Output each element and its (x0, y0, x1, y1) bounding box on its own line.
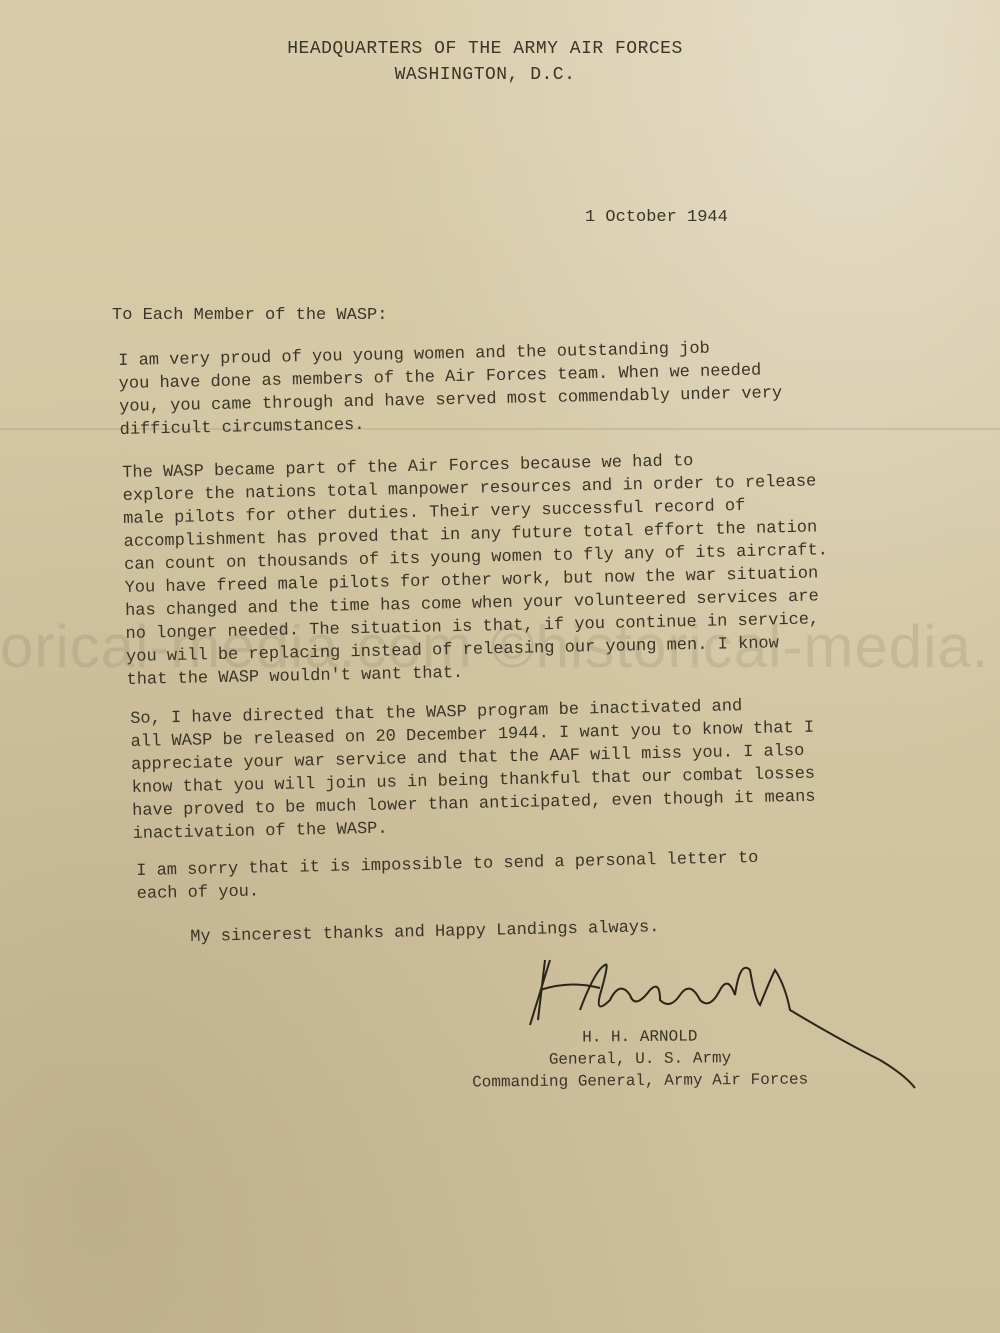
letter-date: 1 October 1944 (585, 208, 728, 227)
paragraph-2: The WASP became part of the Air Forces b… (122, 446, 897, 692)
letterhead-org: HEADQUARTERS OF THE ARMY AIR FORCES (0, 36, 970, 62)
letterhead-location: WASHINGTON, D.C. (0, 62, 970, 88)
signer-title: Commanding General, Army Air Forces (450, 1068, 830, 1093)
paragraph-3: So, I have directed that the WASP progra… (130, 692, 903, 846)
signature-block: H. H. ARNOLD General, U. S. Army Command… (450, 1024, 831, 1093)
salutation: To Each Member of the WASP: (112, 306, 387, 325)
letterhead: HEADQUARTERS OF THE ARMY AIR FORCES WASH… (0, 36, 970, 88)
closing-line: My sincerest thanks and Happy Landings a… (190, 913, 790, 949)
paragraph-1: I am very proud of you young women and t… (118, 334, 890, 442)
letter-page: orical-media.com ©historical-media. HEAD… (0, 0, 1000, 1333)
paragraph-4: I am sorry that it is impossible to send… (136, 844, 907, 906)
